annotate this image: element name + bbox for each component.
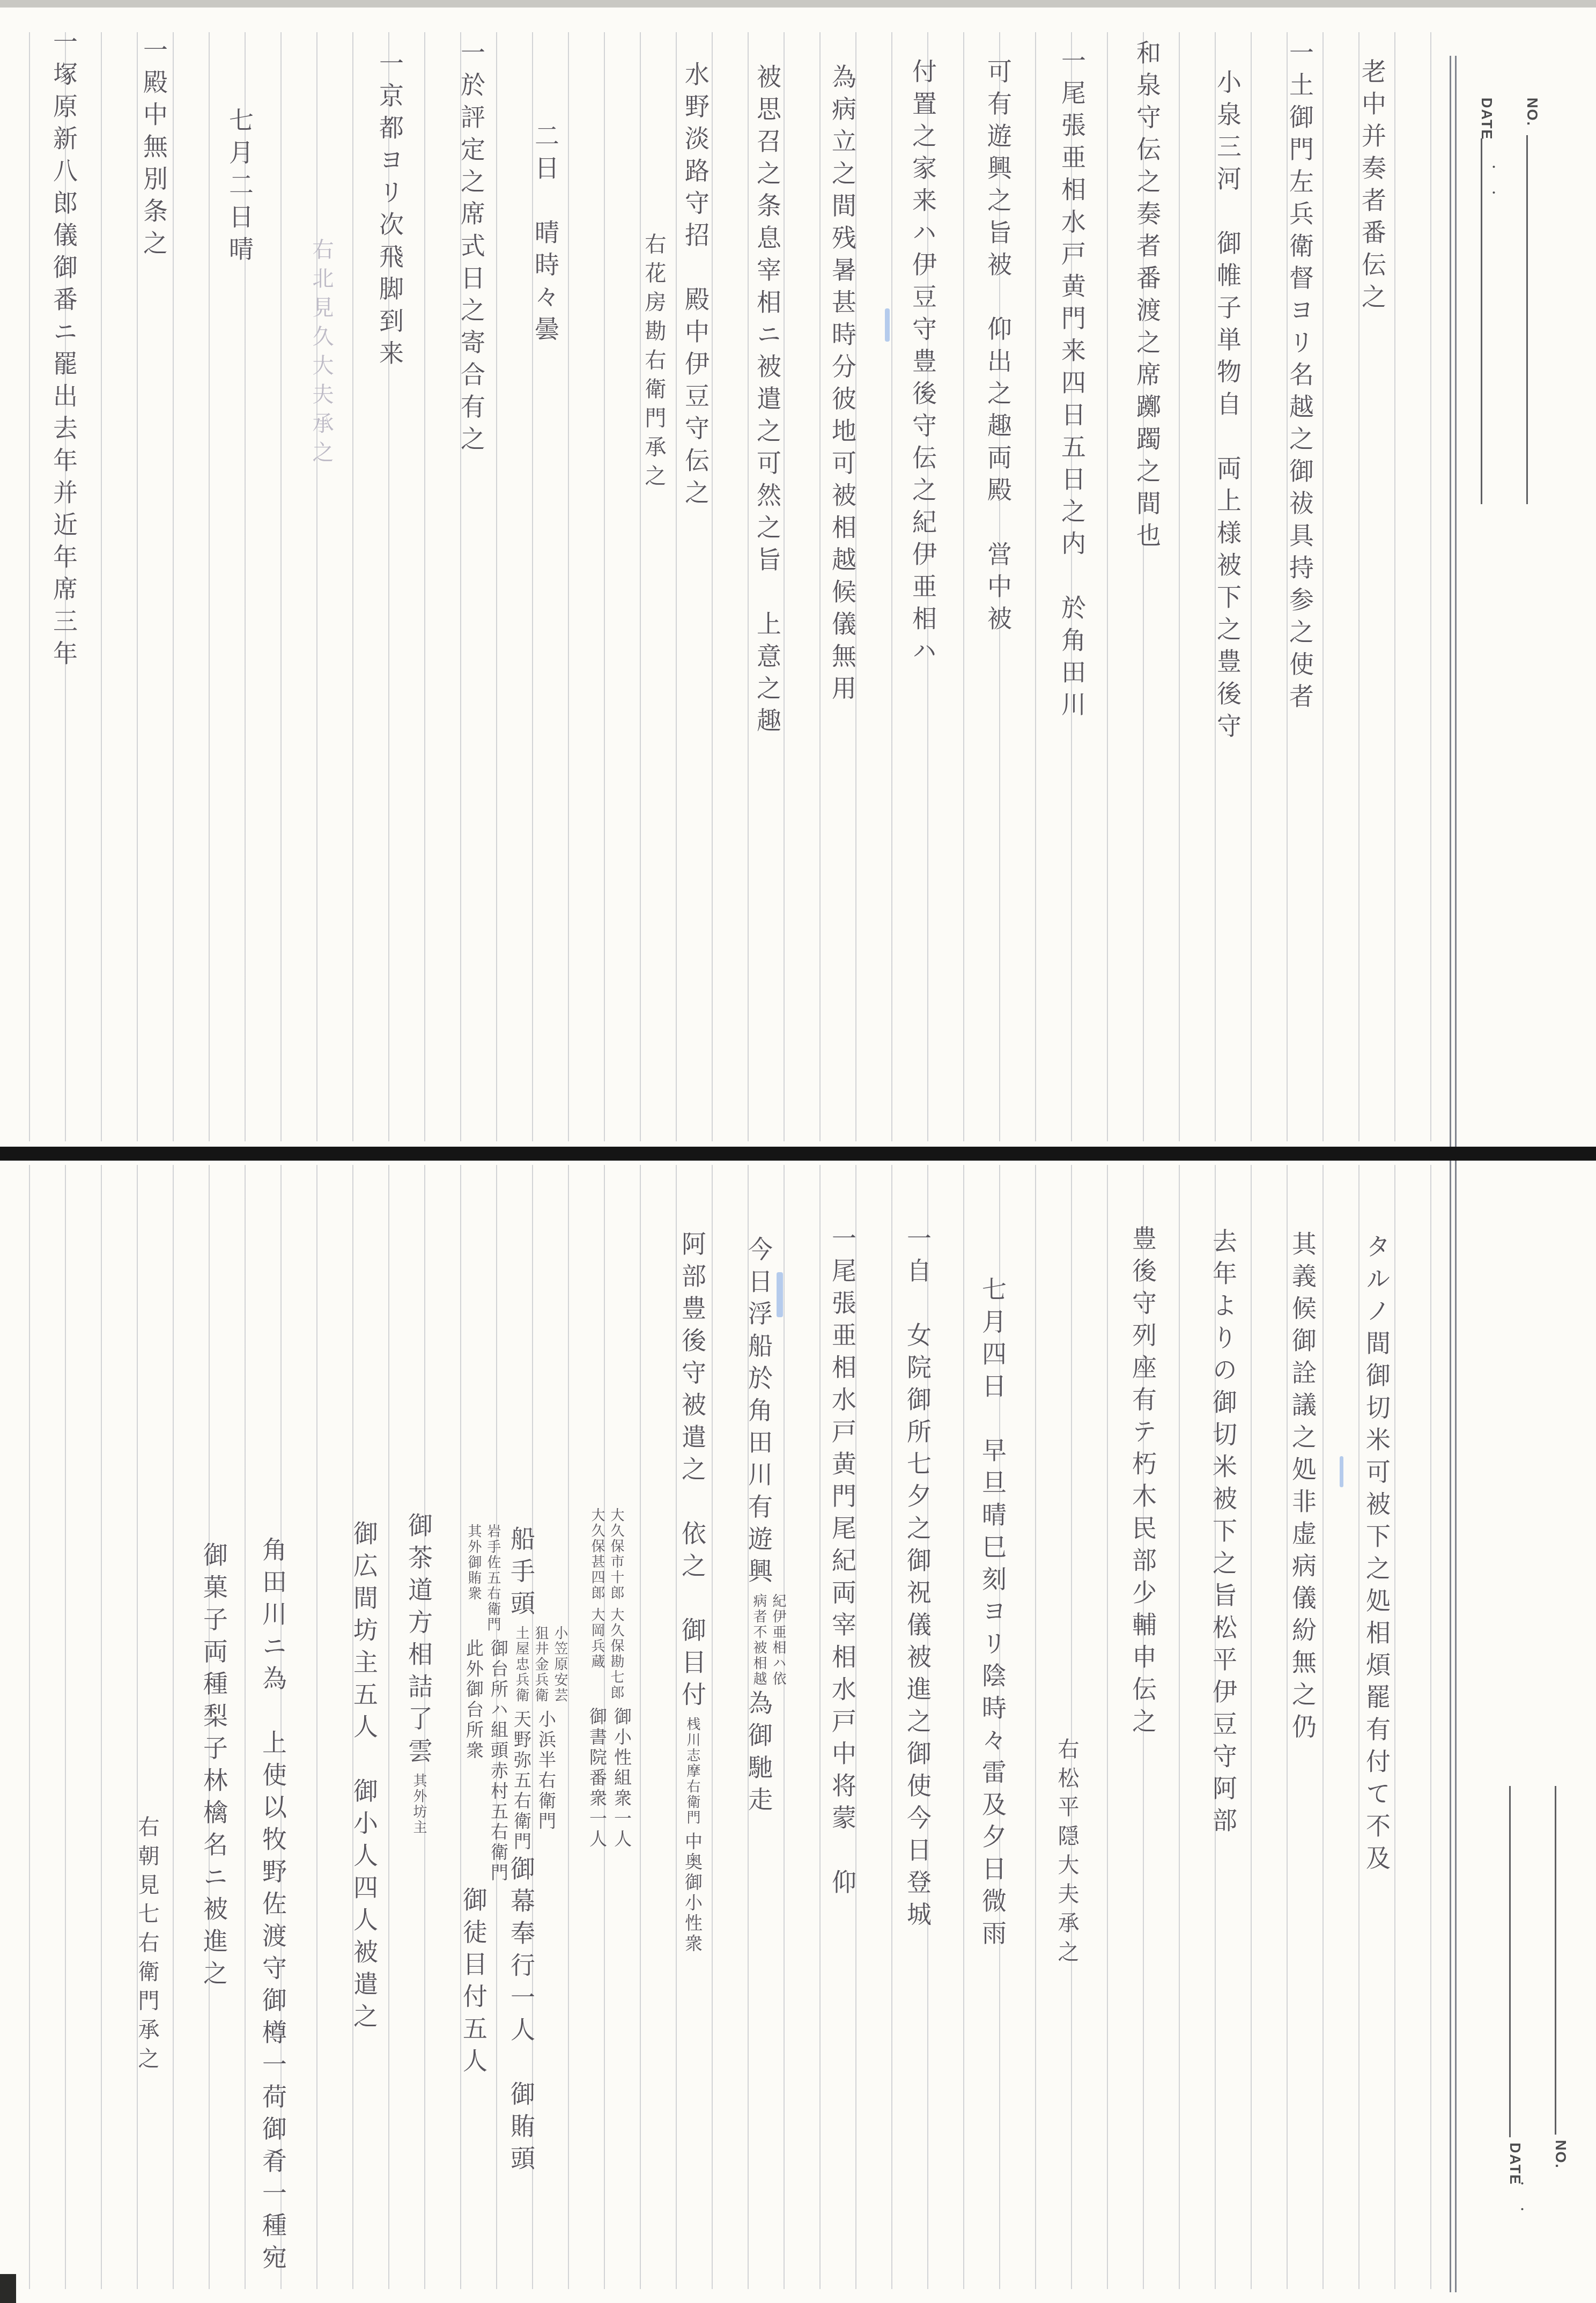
handwritten-column-entry: タルノ間御切米可被下之処相煩罷有付て不及 (1356, 1234, 1395, 1877)
text-segment: 紀伊亜相ハ依 病者不被相越 (749, 1593, 788, 1687)
text-segment: 為病立之間残暑甚時分彼地可被相越候儀無用 (828, 64, 857, 707)
handwritten-column-entry: 今日浮船於角田川有遊興紀伊亜相ハ依 病者不被相越為御馳走 (748, 1236, 788, 1819)
handwritten-column-attribution: 右北見久大夫承之 (300, 238, 340, 470)
handwritten-column-date: 二日 晴時々曇 (524, 123, 564, 348)
text-segment: 其外坊主 (409, 1773, 428, 1835)
handwritten-column-entry: 其義候御詮議之処非虚病儀紛無之仍 (1282, 1231, 1321, 1746)
text-segment: 小浜半右衛門 天野弥五右衛門 (509, 1710, 558, 1852)
handwritten-column-entry: 御広間坊主五人 御小人四人被遣之 (343, 1520, 383, 2035)
text-segment: 御菓子両種梨子林檎名ニ被進之 (199, 1542, 228, 1992)
text-segment: 中奥御小性衆 (680, 1832, 705, 1954)
handwritten-column-date: 七月二日晴 (219, 107, 258, 268)
text-segment: 豊後守列座有テ朽木民部少輔申伝之 (1128, 1226, 1157, 1740)
text-segment: 阿部豊後守被遣之 依之 御目付 (678, 1231, 707, 1714)
handwritten-column-entry: 一塚原新八郎儀御番ニ罷出去年并近年席三年 (43, 29, 83, 673)
text-segment: 角田川ニ為 上使以牧野佐渡守御樽一荷御肴一種宛 (258, 1537, 287, 2277)
text-segment: 大久保市十郎 大久保甚四郎 (587, 1508, 626, 1601)
scan-corner-shadow (0, 2274, 16, 2303)
blue-smudge (1340, 1456, 1343, 1487)
text-segment: 右朝見七右衛門承之 (135, 1815, 159, 2076)
handwritten-column-entry: 阿部豊後守被遣之 依之 御目付桟川志摩右衛門中奥御小性衆 (671, 1231, 711, 1958)
handwritten-column-entry: 角田川ニ為 上使以牧野佐渡守御樽一荷御肴一種宛 (252, 1537, 292, 2277)
handwritten-column-entry: 岩手佐五右衛門 其外御賄衆御台所ハ組頭赤村五右衛門 此外御台所衆御徒目付五人 (471, 1520, 511, 2080)
handwritten-column-entry: 老中并奏者番伝之 (1351, 58, 1391, 316)
text-segment: 御茶道方相詰了雲 (404, 1512, 433, 1770)
text-segment: 一殿中無別条之 (139, 37, 168, 262)
text-segment: 七月二日晴 (225, 107, 254, 268)
handwritten-column-entry: 一土御門左兵衛督ヨリ名越之御祓具持参之使者 (1279, 40, 1319, 715)
text-segment: 一京都ヨリ次飛脚到来 (375, 50, 404, 372)
text-segment: 御徒目付五人 (459, 1887, 488, 2080)
text-segment: 御台所ハ組頭赤村五右衛門 此外御台所衆 (461, 1639, 511, 1884)
text-segment: 右北見久大夫承之 (309, 238, 334, 470)
handwritten-column-entry: 船手頭小笠原安芸 狙井金兵衛 土屋忠兵衛小浜半右衛門 天野弥五右衛門御幕奉行一人… (530, 1526, 570, 2177)
handwritten-column-attribution: 右松平隠大夫承之 (1046, 1738, 1085, 1969)
text-segment: 御小性組衆一人 御書院番衆一人 (585, 1707, 634, 1850)
text-segment: 和泉守伝之奏者番渡之席躑躅之間也 (1133, 40, 1162, 555)
handwritten-column-entry: 付置之家来ハ伊豆守豊後守伝之紀伊亜相ハ (902, 58, 942, 670)
text-segment: 七月四日 早旦晴巳刻ヨリ陰時々雷及夕日微雨 (978, 1276, 1007, 1952)
text-segment: 去年よりの御切米被下之旨松平伊豆守阿部 (1209, 1228, 1238, 1840)
text-segment: タルノ間御切米可被下之処相煩罷有付て不及 (1362, 1234, 1391, 1877)
handwritten-column-entry: 可有遊興之旨被 仰出之趣両殿 営中被 (977, 58, 1017, 638)
text-segment: 一塚原新八郎儀御番ニ罷出去年并近年席三年 (49, 29, 78, 673)
handwritten-column-entry: 御茶道方相詰了雲其外坊主 (398, 1512, 438, 1839)
handwritten-column-entry: 大久保市十郎 大久保甚四郎大久保勘七郎 大岡兵蔵御小性組衆一人 御書院番衆一人 (594, 1504, 634, 1853)
text-segment: 大久保勘七郎 大岡兵蔵 (587, 1607, 626, 1701)
handwritten-column-entry: 一京都ヨリ次飛脚到来 (369, 50, 409, 372)
text-segment: 小笠原安芸 狙井金兵衛 土屋忠兵衛 (512, 1626, 570, 1703)
handwritten-column-entry: 豊後守列座有テ朽木民部少輔申伝之 (1122, 1226, 1162, 1740)
text-segment: 右花房勘右衛門承之 (641, 233, 666, 493)
text-segment: 御幕奉行一人 御賄頭 (507, 1856, 536, 2177)
text-segment: 桟川志摩右衛門 (683, 1717, 702, 1826)
text-segment: 岩手佐五右衛門 其外御賄衆 (464, 1524, 503, 1633)
text-segment: 今日浮船於角田川有遊興 (744, 1236, 773, 1590)
handwritten-column-entry: 和泉守伝之奏者番渡之席躑躅之間也 (1126, 40, 1166, 555)
handwritten-column-date: 七月四日 早旦晴巳刻ヨリ陰時々雷及夕日微雨 (972, 1276, 1011, 1952)
text-segment: 小泉三河 御帷子単物自 両上様被下之豊後守 (1213, 69, 1242, 745)
text-segment: 右松平隠大夫承之 (1054, 1738, 1079, 1969)
text-segment: 船手頭 (507, 1526, 536, 1622)
notebook-scan: NO. DATE ・・ NO. DATE ・・ 老中并奏者番伝之一土御門左兵衛督… (0, 0, 1596, 2303)
handwritten-column-attribution: 右花房勘右衛門承之 (633, 233, 673, 493)
handwritten-column-entry: 小泉三河 御帷子単物自 両上様被下之豊後守 (1207, 69, 1246, 745)
text-segment: 御広間坊主五人 御小人四人被遣之 (350, 1520, 379, 2035)
handwritten-column-entry: 一殿中無別条之 (133, 37, 173, 262)
handwritten-column-entry: 一自 女院御所七夕之御祝儀被進之御使今日登城 (897, 1226, 936, 1933)
handwritten-column-entry: 御菓子両種梨子林檎名ニ被進之 (193, 1542, 233, 1992)
handwritten-column-entry: 為病立之間残暑甚時分彼地可被相越候儀無用 (822, 64, 861, 707)
text-segment: 水野淡路守招 殿中伊豆守伝之 (681, 61, 710, 512)
text-segment: 一土御門左兵衛督ヨリ名越之御祓具持参之使者 (1285, 40, 1314, 715)
handwritten-column-attribution: 右朝見七右衛門承之 (126, 1815, 166, 2076)
handwritten-column-entry: 被思召之条息宰相ニ被遣之可然之旨 上意之趣 (747, 64, 786, 740)
text-segment: 老中并奏者番伝之 (1358, 58, 1387, 316)
text-segment: 付置之家来ハ伊豆守豊後守伝之紀伊亜相ハ (908, 58, 937, 670)
handwritten-column-entry: 一尾張亜相水戸黄門来四日五日之内 於角田川 (1051, 48, 1091, 724)
blue-smudge (777, 1272, 783, 1317)
text-segment: 一尾張亜相水戸黄門来四日五日之内 於角田川 (1058, 48, 1087, 724)
text-segment: 一於評定之席式日之寄合有之 (457, 40, 486, 458)
text-segment: 一自 女院御所七夕之御祝儀被進之御使今日登城 (903, 1226, 932, 1933)
blue-smudge (885, 308, 890, 342)
text-segment: 可有遊興之旨被 仰出之趣両殿 営中被 (984, 58, 1013, 638)
text-segment: 其義候御詮議之処非虚病儀紛無之仍 (1288, 1231, 1317, 1746)
text-segment: 為御馳走 (744, 1690, 773, 1819)
text-segment: 被思召之条息宰相ニ被遣之可然之旨 上意之趣 (753, 64, 782, 740)
handwriting-layer: 老中并奏者番伝之一土御門左兵衛督ヨリ名越之御祓具持参之使者小泉三河 御帷子単物自… (0, 0, 1596, 2303)
handwritten-column-entry: 水野淡路守招 殿中伊豆守伝之 (675, 61, 714, 512)
text-segment: 二日 晴時々曇 (531, 123, 560, 348)
text-segment: 一尾張亜相水戸黄門尾紀両宰相水戸中将蒙 仰 (828, 1226, 857, 1901)
handwritten-column-entry: 一尾張亜相水戸黄門尾紀両宰相水戸中将蒙 仰 (822, 1226, 861, 1901)
handwritten-column-entry: 去年よりの御切米被下之旨松平伊豆守阿部 (1202, 1228, 1242, 1840)
handwritten-column-entry: 一於評定之席式日之寄合有之 (450, 40, 490, 458)
